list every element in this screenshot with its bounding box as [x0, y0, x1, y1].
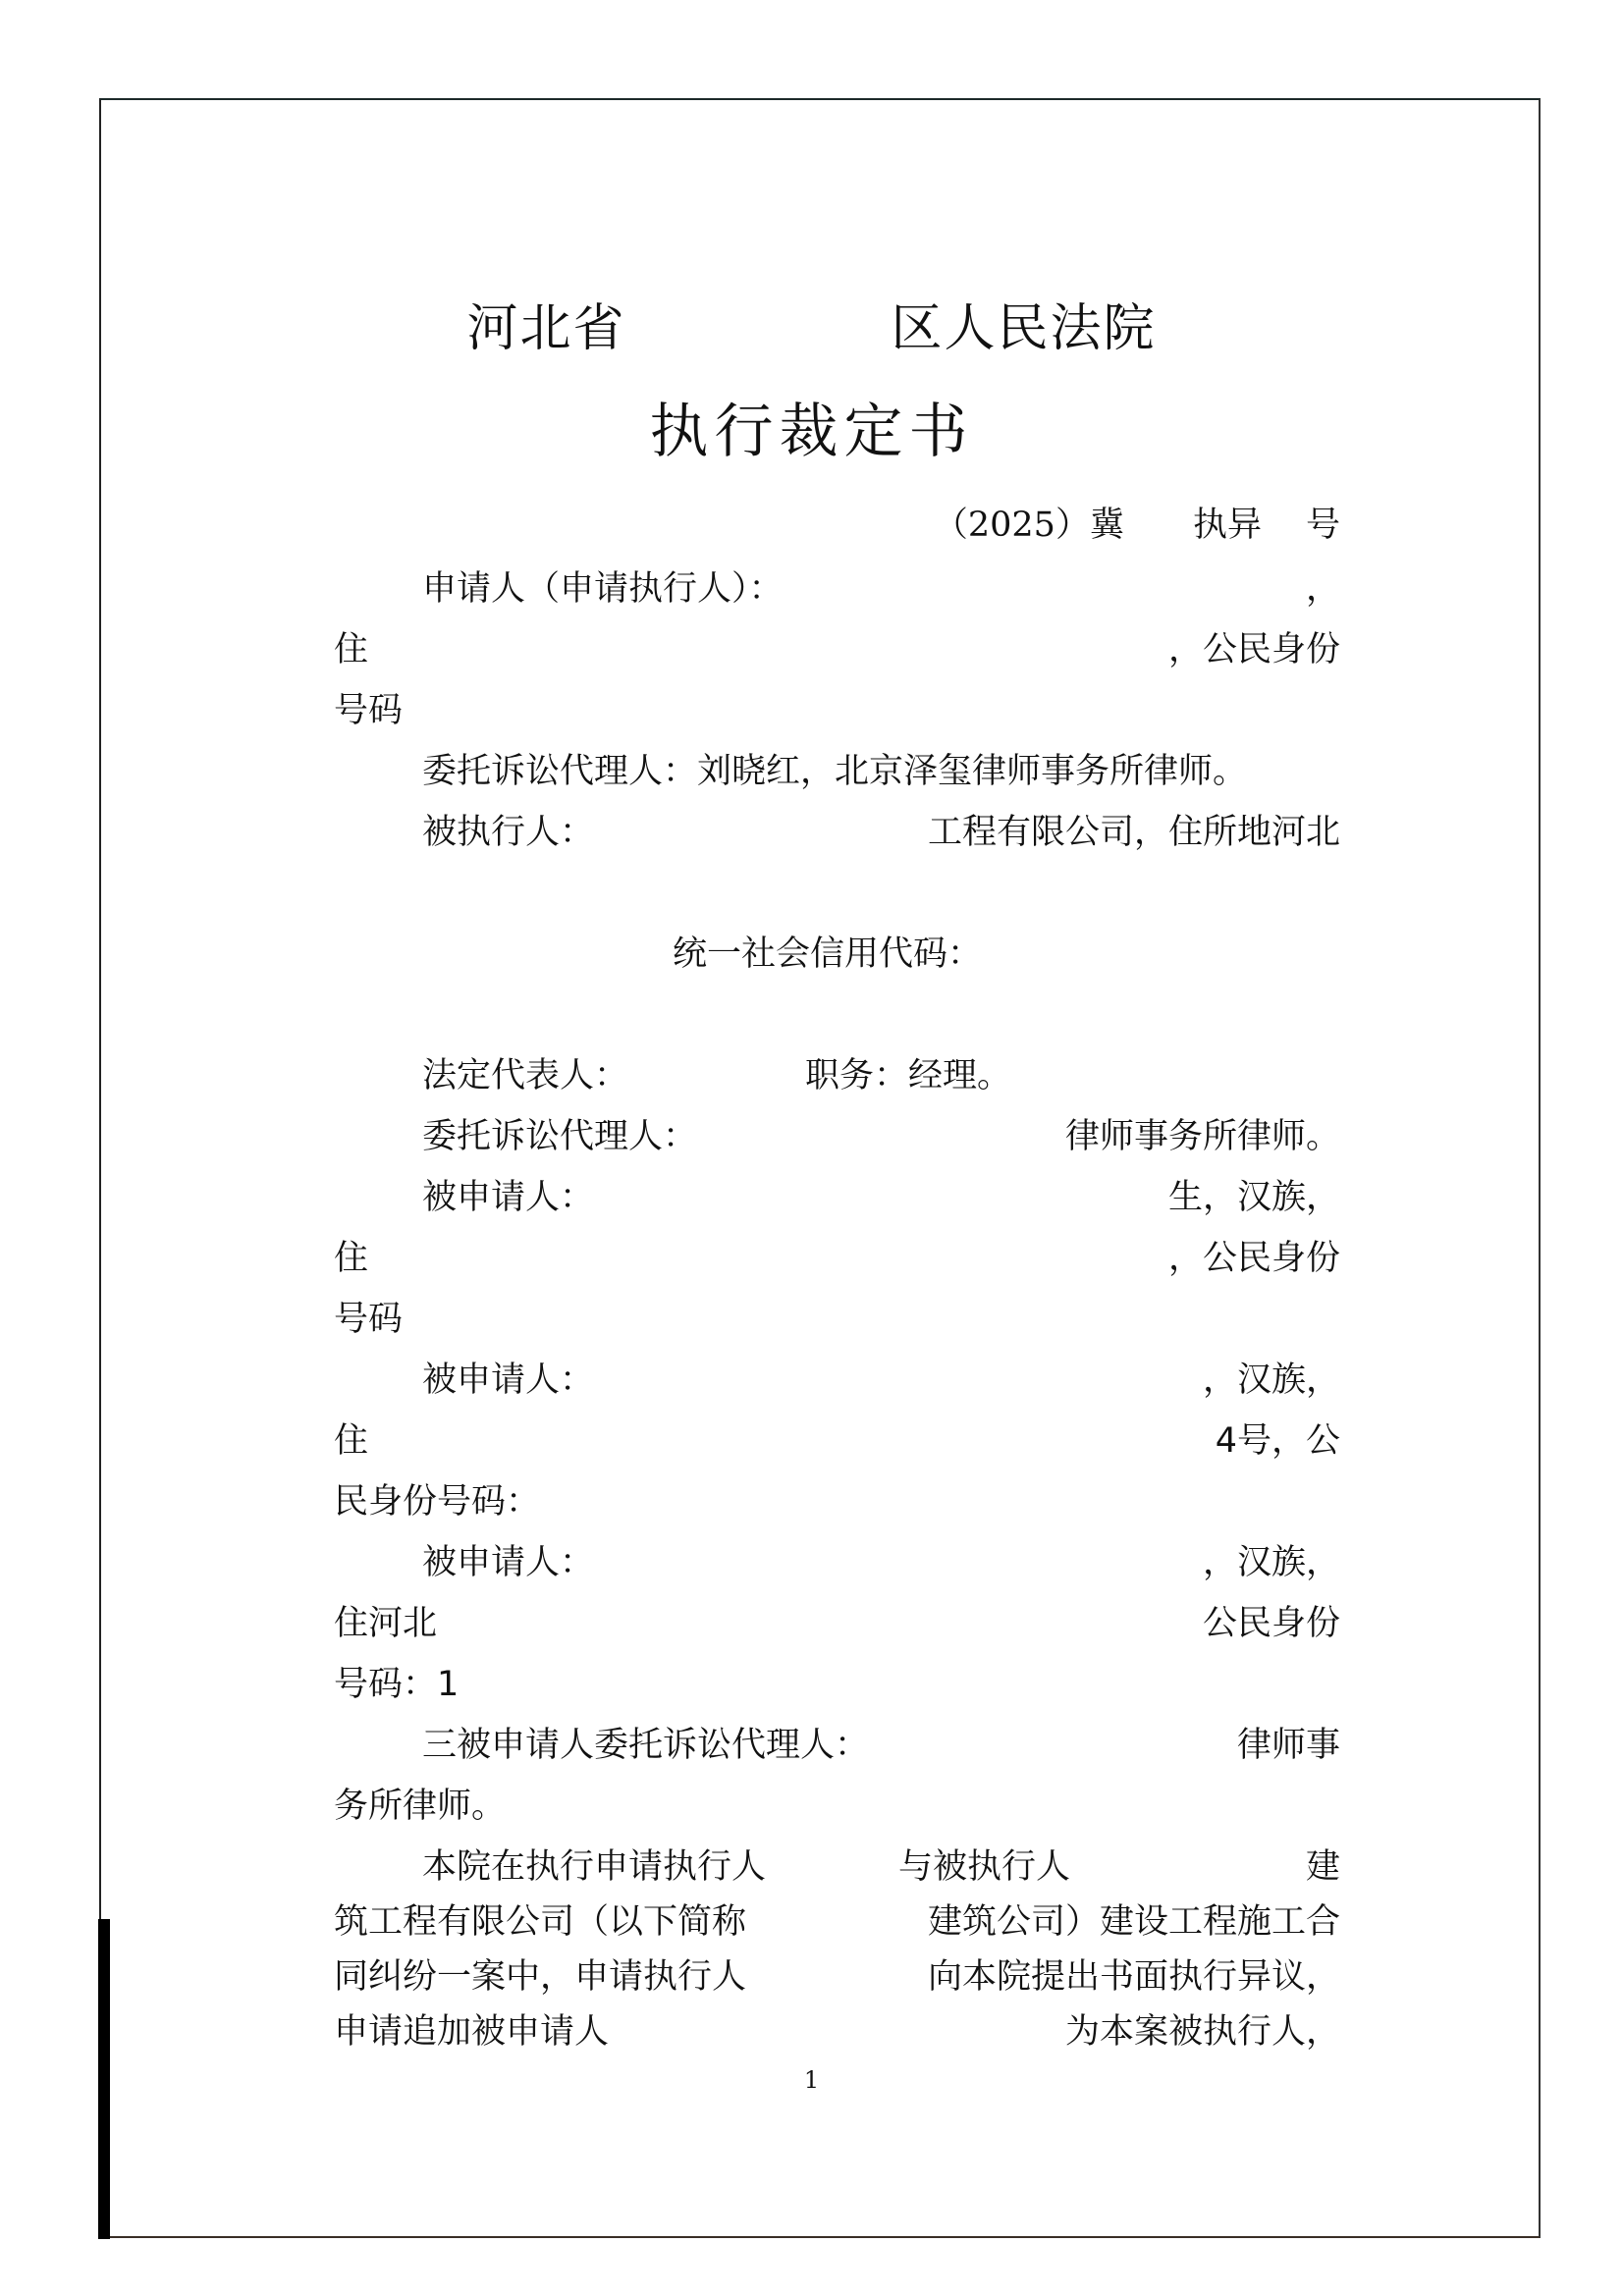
legal-rep-label: 法定代表人：: [422, 1046, 628, 1105]
applicant-line: 申请人（申请执行人）： ，: [334, 560, 1340, 618]
applied-party-2-id-line: 民身份号码：: [334, 1472, 1340, 1531]
applied-party-3-label: 被申请人：: [422, 1533, 594, 1592]
applicant-line-end: ，: [1306, 560, 1340, 618]
applied-parties-agent-label: 三被申请人委托诉讼代理人：: [422, 1716, 869, 1775]
court-name: 河北省区人民法院: [0, 287, 1623, 360]
applied-party-3-address-end: 公民身份: [1203, 1594, 1340, 1653]
applicant-address-line: 住 ，公民身份: [334, 620, 1340, 679]
document-title: 执行裁定书: [0, 385, 1623, 469]
applied-parties-agent-line2: 务所律师。: [334, 1777, 1340, 1836]
applied-party-2-id-label: 民身份号码：: [334, 1472, 540, 1531]
respondent-agent-line: 委托诉讼代理人： 律师事务所律师。: [334, 1107, 1340, 1166]
body-line-3: 同纠纷一案中，申请执行人 向本院提出书面执行异议，: [334, 1948, 1340, 2006]
credit-code-line: 统一社会信用代码：: [334, 925, 1340, 984]
credit-code-label: 统一社会信用代码：: [673, 925, 982, 984]
body-text: 本院在执行申请执行人: [422, 1838, 766, 1896]
applied-party-2-address-line: 住 4号，公: [334, 1412, 1340, 1470]
applied-parties-agent-line-end: 律师事: [1237, 1716, 1340, 1775]
body-line-1: 本院在执行申请执行人 与被执行人 建: [334, 1838, 1340, 1896]
applied-parties-agent-line: 三被申请人委托诉讼代理人： 律师事: [334, 1716, 1340, 1775]
body-text: 建: [1306, 1838, 1340, 1896]
applied-party-1-id-start: 号码: [334, 1290, 403, 1349]
applied-party-2-label: 被申请人：: [422, 1351, 594, 1410]
respondent-line: 被执行人： 工程有限公司，住所地河北: [334, 803, 1340, 862]
applied-party-1-address-start: 住: [334, 1229, 368, 1288]
applicant-id-start: 号码: [334, 681, 403, 740]
applied-party-3-address-line: 住河北 公民身份: [334, 1594, 1340, 1653]
court-name-prefix: 河北省: [466, 299, 625, 358]
case-type: 执异: [1193, 506, 1262, 545]
applicant-address-end: ，公民身份: [1168, 620, 1340, 679]
applicant-label: 申请人（申请执行人）：: [422, 560, 784, 618]
body-text: 申请追加被申请人: [334, 2002, 609, 2061]
applied-party-1-line: 被申请人： 生，汉族，: [334, 1168, 1340, 1227]
applied-parties-agent-line2-text: 务所律师。: [334, 1777, 506, 1836]
body-text: 建筑公司）建设工程施工合: [928, 1893, 1340, 1951]
applicant-agent: 委托诉讼代理人：刘晓红，北京泽玺律师事务所律师。: [422, 742, 1247, 801]
applied-party-1-address-end: ，公民身份: [1168, 1229, 1340, 1288]
applied-party-1-address-line: 住 ，公民身份: [334, 1229, 1340, 1288]
body-text: 为本案被执行人，: [1065, 2002, 1340, 2061]
applied-party-3-address-start: 住河北: [334, 1594, 437, 1653]
applied-party-2-line-end: ，汉族，: [1203, 1351, 1340, 1410]
applied-party-3-id-line: 号码：1: [334, 1655, 1340, 1714]
respondent-label: 被执行人：: [422, 803, 594, 862]
case-prefix: 冀: [1090, 506, 1124, 545]
case-number: （2025）冀执异号: [334, 496, 1340, 555]
case-suffix: 号: [1306, 506, 1340, 545]
body-line-4: 申请追加被申请人 为本案被执行人，: [334, 2002, 1340, 2061]
respondent-agent-end: 律师事务所律师。: [1065, 1107, 1340, 1166]
respondent-line-end: 工程有限公司，住所地河北: [928, 803, 1340, 862]
legal-rep-position: 职务：经理。: [805, 1046, 1011, 1105]
applicant-agent-line: 委托诉讼代理人：刘晓红，北京泽玺律师事务所律师。: [334, 742, 1340, 801]
applied-party-3-line-end: ，汉族，: [1203, 1533, 1340, 1592]
applicant-address-start: 住: [334, 620, 368, 679]
page-number: 1: [0, 2066, 1623, 2094]
applied-party-2-line: 被申请人： ，汉族，: [334, 1351, 1340, 1410]
body-text: 与被执行人: [898, 1838, 1070, 1896]
applicant-id-line: 号码: [334, 681, 1340, 740]
legal-rep-line: 法定代表人： 职务：经理。: [334, 1046, 1340, 1105]
applied-party-1-id-line: 号码: [334, 1290, 1340, 1349]
applied-party-3-id-label: 号码：1: [334, 1655, 459, 1714]
body-text: 向本院提出书面执行异议，: [928, 1948, 1340, 2006]
applied-party-2-address-end: 4号，公: [1216, 1412, 1340, 1470]
court-name-suffix: 区人民法院: [892, 299, 1157, 358]
body-text: 筑工程有限公司（以下简称: [334, 1893, 746, 1951]
respondent-agent-label: 委托诉讼代理人：: [422, 1107, 697, 1166]
applied-party-2-address-start: 住: [334, 1412, 368, 1470]
applied-party-1-label: 被申请人：: [422, 1168, 594, 1227]
applied-party-3-line: 被申请人： ，汉族，: [334, 1533, 1340, 1592]
applied-party-1-line-end: 生，汉族，: [1168, 1168, 1340, 1227]
body-text: 同纠纷一案中，申请执行人: [334, 1948, 746, 2006]
case-year: （2025）: [934, 506, 1090, 545]
body-line-2: 筑工程有限公司（以下简称 建筑公司）建设工程施工合: [334, 1893, 1340, 1951]
